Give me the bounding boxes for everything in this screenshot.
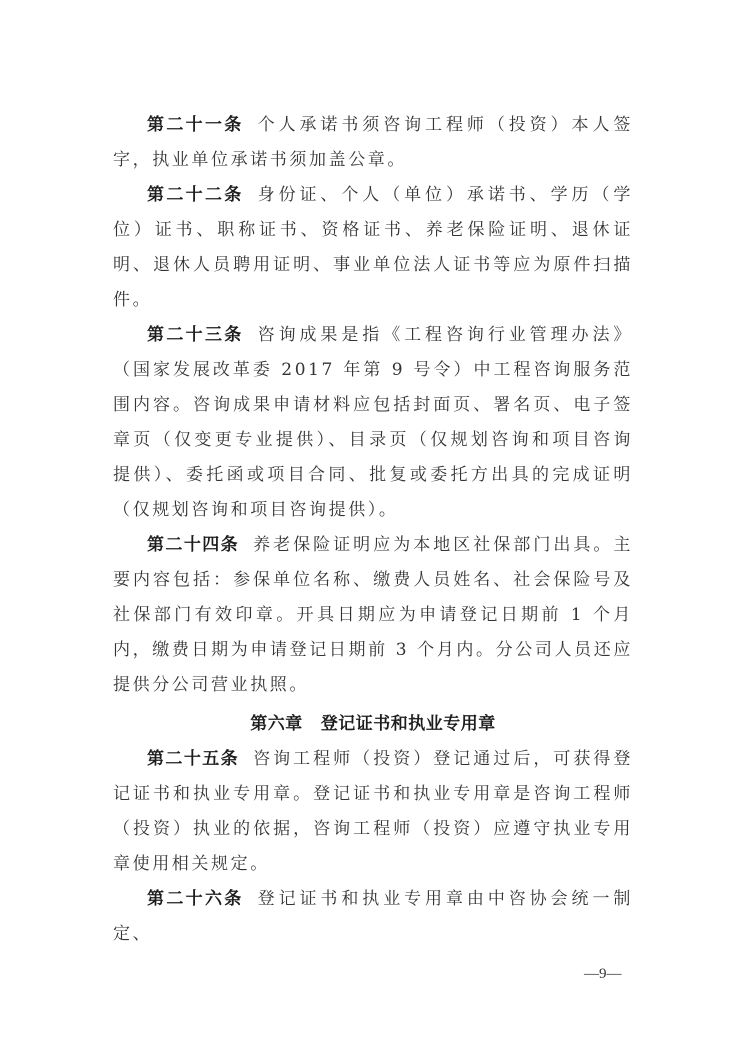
page-number: —9— — [584, 966, 622, 983]
article-text: 养老保险证明应为本地区社保部门出具。主要内容包括：参保单位名称、缴费人员姓名、社… — [113, 535, 633, 695]
document-page: 第二十一条个人承诺书须咨询工程师（投资）本人签字，执业单位承诺书须加盖公章。 第… — [113, 108, 633, 952]
article-24: 第二十四条养老保险证明应为本地区社保部门出具。主要内容包括：参保单位名称、缴费人… — [113, 528, 633, 703]
article-number: 第二十二条 — [147, 185, 244, 205]
article-25: 第二十五条咨询工程师（投资）登记通过后，可获得登记证书和执业专用章。登记证书和执… — [113, 742, 633, 882]
article-number: 第二十六条 — [147, 889, 244, 909]
article-23: 第二十三条咨询成果是指《工程咨询行业管理办法》（国家发展改革委 2017 年第 … — [113, 318, 633, 528]
article-number: 第二十三条 — [147, 325, 244, 345]
article-22: 第二十二条身份证、个人（单位）承诺书、学历（学位）证书、职称证书、资格证书、养老… — [113, 178, 633, 318]
chapter-number: 第六章 — [250, 714, 303, 734]
article-number: 第二十一条 — [147, 115, 244, 135]
article-number: 第二十五条 — [147, 749, 239, 769]
article-number: 第二十四条 — [147, 535, 239, 555]
article-21: 第二十一条个人承诺书须咨询工程师（投资）本人签字，执业单位承诺书须加盖公章。 — [113, 108, 633, 178]
chapter-heading: 第六章登记证书和执业专用章 — [113, 707, 633, 742]
article-text: 咨询成果是指《工程咨询行业管理办法》（国家发展改革委 2017 年第 9 号令）… — [113, 325, 633, 520]
chapter-title: 登记证书和执业专用章 — [321, 714, 496, 734]
article-26: 第二十六条登记证书和执业专用章由中咨协会统一制定、 — [113, 882, 633, 952]
